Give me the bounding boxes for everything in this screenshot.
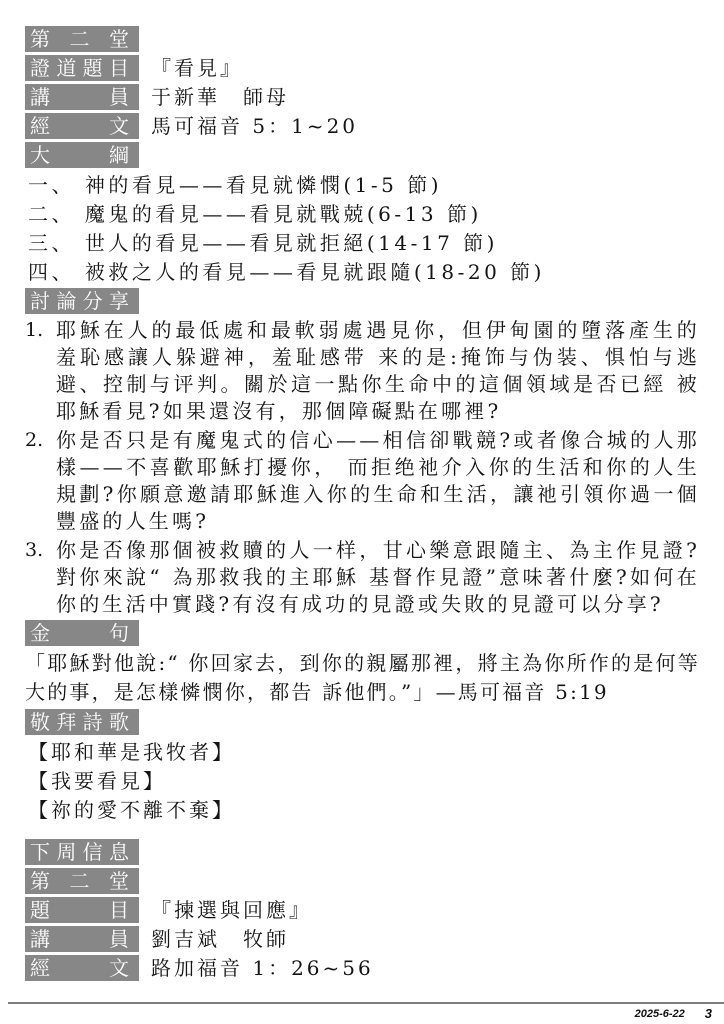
discussion-item: 2. 你是否只是有魔鬼式的信心——相信卻戰競?或者像合城的人那樣——不喜歡耶穌打… bbox=[25, 427, 700, 535]
worship-song: 【祢的愛不離不棄】 bbox=[28, 796, 700, 825]
scripture-label: 經 文 bbox=[25, 113, 139, 139]
speaker-row: 講 員 于新華 師母 bbox=[25, 84, 700, 110]
next-week-label: 下周信息 bbox=[25, 839, 139, 865]
topic-label: 證道題目 bbox=[25, 55, 139, 81]
outline-label: 大 綱 bbox=[25, 142, 139, 168]
footer-date: 2025-6-22 bbox=[635, 1008, 685, 1020]
worship-song: 【我要看見】 bbox=[28, 767, 700, 796]
next-week-speaker-label: 講 員 bbox=[25, 926, 139, 952]
discussion-label: 討論分享 bbox=[25, 288, 139, 314]
next-week-topic-value: 『揀選與回應』 bbox=[151, 897, 312, 923]
speaker-value: 于新華 師母 bbox=[151, 84, 289, 110]
page-footer-inner: 2025-6-22 3 bbox=[8, 1004, 724, 1021]
next-week-session-badge: 第 二 堂 bbox=[25, 868, 139, 894]
worship-songs-label: 敬拜詩歌 bbox=[25, 709, 139, 735]
discussion-item: 3. 你是否像那個被救贖的人一样，甘心樂意跟隨主、為主作見證?對你來說“ 為那救… bbox=[25, 537, 700, 618]
next-week-scripture-label: 經 文 bbox=[25, 955, 139, 981]
worship-song: 【耶和華是我牧者】 bbox=[28, 738, 700, 767]
discussion-item-number: 3. bbox=[25, 537, 56, 618]
outline-item: 二、 魔鬼的看見——看見就戰兢(6-13 節) bbox=[28, 200, 700, 229]
topic-row: 證道題目 『看見』 bbox=[25, 55, 700, 81]
next-week-speaker-row: 講 員 劉吉斌 牧師 bbox=[25, 926, 700, 952]
outline-item: 一、 神的看見——看見就憐憫(1-5 節) bbox=[28, 171, 700, 200]
discussion-list: 1. 耶穌在人的最低處和最軟弱處遇見你，但伊甸園的墮落產生的羞恥感讓人躲避神，羞… bbox=[25, 317, 700, 618]
outline-item: 三、 世人的看見——看見就拒絕(14-17 節) bbox=[28, 229, 700, 258]
session-badge: 第 二 堂 bbox=[25, 26, 139, 52]
golden-verse-label: 金 句 bbox=[25, 620, 139, 646]
next-week-scripture-row: 經 文 路加福音 1：26~56 bbox=[25, 955, 700, 981]
page-footer: 2025-6-22 3 bbox=[8, 1002, 724, 1024]
next-week-topic-row: 題 目 『揀選與回應』 bbox=[25, 897, 700, 923]
bulletin-page: 第 二 堂 證道題目 『看見』 講 員 于新華 師母 經 文 馬可福音 5：1~… bbox=[0, 0, 724, 1024]
next-week-scripture-value: 路加福音 1：26~56 bbox=[151, 955, 374, 981]
sermon-outline: 一、 神的看見——看見就憐憫(1-5 節) 二、 魔鬼的看見——看見就戰兢(6-… bbox=[25, 171, 700, 287]
next-week-topic-label: 題 目 bbox=[25, 897, 139, 923]
footer-page-number: 3 bbox=[705, 1006, 712, 1021]
discussion-item-text: 你是否像那個被救贖的人一样，甘心樂意跟隨主、為主作見證?對你來說“ 為那救我的主… bbox=[56, 537, 700, 618]
golden-verse-text: 「耶穌對他說:“ 你回家去，到你的親屬那裡，將主為你所作的是何等大的事，是怎樣憐… bbox=[25, 649, 700, 707]
scripture-row: 經 文 馬可福音 5：1~20 bbox=[25, 113, 700, 139]
outline-item: 四、 被救之人的看見——看見就跟隨(18-20 節) bbox=[28, 258, 700, 287]
next-week-speaker-value: 劉吉斌 牧師 bbox=[151, 926, 289, 952]
discussion-item: 1. 耶穌在人的最低處和最軟弱處遇見你，但伊甸園的墮落產生的羞恥感讓人躲避神，羞… bbox=[25, 317, 700, 425]
worship-song-list: 【耶和華是我牧者】 【我要看見】 【祢的愛不離不棄】 bbox=[25, 738, 700, 825]
discussion-item-number: 2. bbox=[25, 427, 56, 535]
discussion-item-text: 你是否只是有魔鬼式的信心——相信卻戰競?或者像合城的人那樣——不喜歡耶穌打擾你，… bbox=[56, 427, 700, 535]
scripture-value: 馬可福音 5：1~20 bbox=[151, 113, 358, 139]
topic-value: 『看見』 bbox=[151, 55, 243, 81]
speaker-label: 講 員 bbox=[25, 84, 139, 110]
discussion-item-text: 耶穌在人的最低處和最軟弱處遇見你，但伊甸園的墮落產生的羞恥感讓人躲避神，羞耻感带… bbox=[56, 317, 700, 425]
discussion-item-number: 1. bbox=[25, 317, 56, 425]
